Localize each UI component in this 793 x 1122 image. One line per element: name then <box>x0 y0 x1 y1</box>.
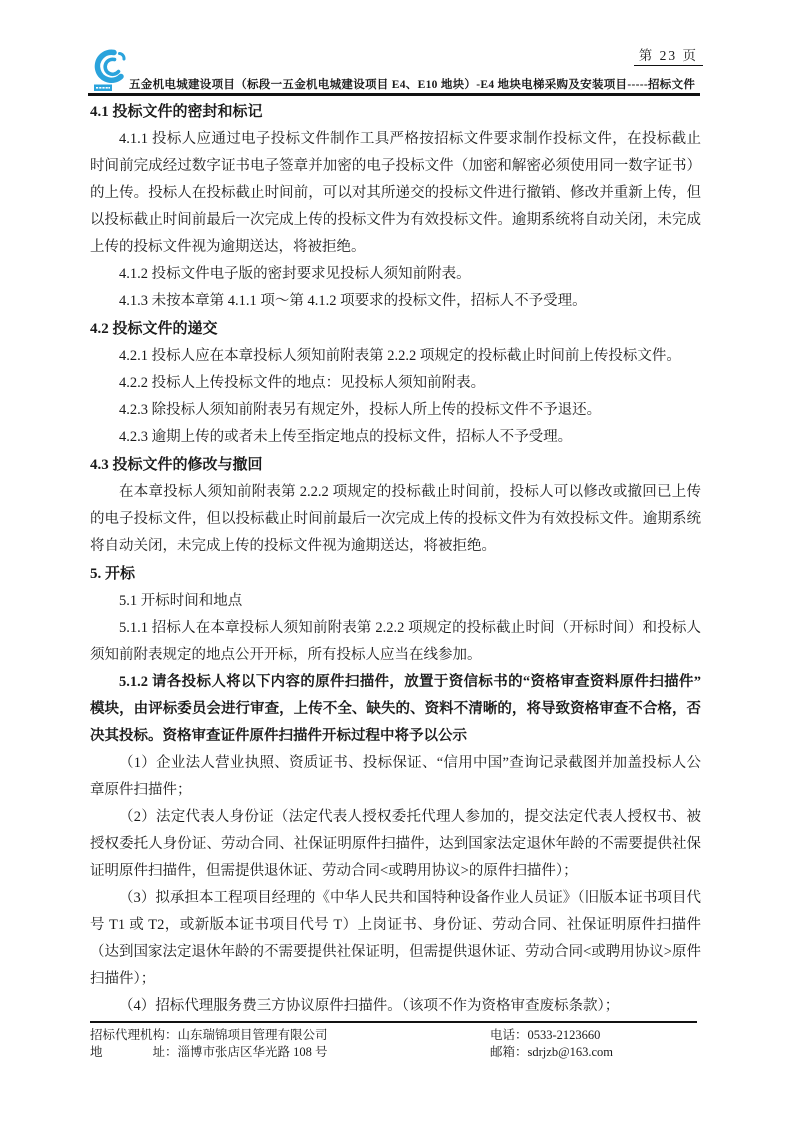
paragraph-4-2-3a: 4.2.3 除投标人须知前附表另有规定外，投标人所上传的投标文件不予退还。 <box>90 397 701 424</box>
footer-address-value: 淄博市张店区华光路 108 号 <box>178 1045 328 1059</box>
paragraph-5-1: 5.1 开标时间和地点 <box>90 588 701 615</box>
header-divider <box>88 93 700 96</box>
section-heading-4-1: 4.1 投标文件的密封和标记 <box>90 98 701 126</box>
footer-agency: 招标代理机构：山东瑞锦项目管理有限公司 <box>90 1027 490 1044</box>
logo-swirl-icon <box>93 49 127 92</box>
paragraph-item-4: （4）招标代理服务费三方协议原件扫描件。（该项不作为资格审查废标条款）； <box>90 993 701 1020</box>
paragraph-4-1-3: 4.1.3 未按本章第 4.1.1 项～第 4.1.2 项要求的投标文件，招标人… <box>90 288 701 315</box>
document-body: 4.1 投标文件的密封和标记 4.1.1 投标人应通过电子投标文件制作工具严格按… <box>90 98 701 1020</box>
document-page: 第 23 页 五金机电城建设项目（标段一五金机电城建设项目 E4、E10 地块）… <box>0 0 793 1122</box>
paragraph-4-3-body: 在本章投标人须知前附表第 2.2.2 项规定的投标截止时间前，投标人可以修改或撤… <box>90 479 701 560</box>
footer-phone-value: 0533-2123660 <box>528 1028 601 1042</box>
paragraph-5-1-2: 5.1.2 请各投标人将以下内容的原件扫描件，放置于资信标书的“资格审查资料原件… <box>90 669 701 750</box>
paragraph-item-3: （3）拟承担本工程项目经理的《中华人民共和国特种设备作业人员证》（旧版本证书项目… <box>90 885 701 993</box>
section-heading-5: 5. 开标 <box>90 560 701 588</box>
page-footer: 招标代理机构：山东瑞锦项目管理有限公司 地 址：淄博市张店区华光路 108 号 … <box>90 1021 700 1060</box>
paragraph-4-2-1: 4.2.1 投标人应在本章投标人须知前附表第 2.2.2 项规定的投标截止时间前… <box>90 343 701 370</box>
paragraph-item-1: （1）企业法人营业执照、资质证书、投标保证、“信用中国”查询记录截图并加盖投标人… <box>90 750 701 804</box>
footer-email-value: sdrjzb@163.com <box>528 1045 613 1059</box>
header-project-title: 五金机电城建设项目（标段一五金机电城建设项目 E4、E10 地块）-E4 地块电… <box>129 76 699 92</box>
paragraph-4-2-2: 4.2.2 投标人上传投标文件的地点：见投标人须知前附表。 <box>90 370 701 397</box>
footer-address: 地 址：淄博市张店区华光路 108 号 <box>90 1044 490 1061</box>
footer-agency-label: 招标代理机构： <box>90 1028 178 1042</box>
paragraph-5-1-1: 5.1.1 招标人在本章投标人须知前附表第 2.2.2 项规定的投标截止时间（开… <box>90 615 701 669</box>
footer-address-label: 地 址： <box>90 1045 178 1059</box>
footer-phone: 电话：0533-2123660 <box>490 1027 700 1044</box>
paragraph-item-2: （2）法定代表人身份证（法定代表人授权委托代理人参加的，提交法定代表人授权书、被… <box>90 804 701 885</box>
company-logo <box>93 49 127 92</box>
section-heading-4-3: 4.3 投标文件的修改与撤回 <box>90 451 701 479</box>
paragraph-4-1-1: 4.1.1 投标人应通过电子投标文件制作工具严格按招标文件要求制作投标文件，在投… <box>90 126 701 261</box>
page-number: 第 23 页 <box>634 47 703 66</box>
footer-phone-label: 电话： <box>490 1028 528 1042</box>
footer-agency-value: 山东瑞锦项目管理有限公司 <box>178 1028 328 1042</box>
footer-divider <box>90 1021 697 1023</box>
section-heading-4-2: 4.2 投标文件的递交 <box>90 315 701 343</box>
paragraph-4-1-2: 4.1.2 投标文件电子版的密封要求见投标人须知前附表。 <box>90 261 701 288</box>
footer-email-label: 邮箱： <box>490 1045 528 1059</box>
footer-email: 邮箱：sdrjzb@163.com <box>490 1044 700 1061</box>
paragraph-4-2-3b: 4.2.3 逾期上传的或者未上传至指定地点的投标文件，招标人不予受理。 <box>90 424 701 451</box>
